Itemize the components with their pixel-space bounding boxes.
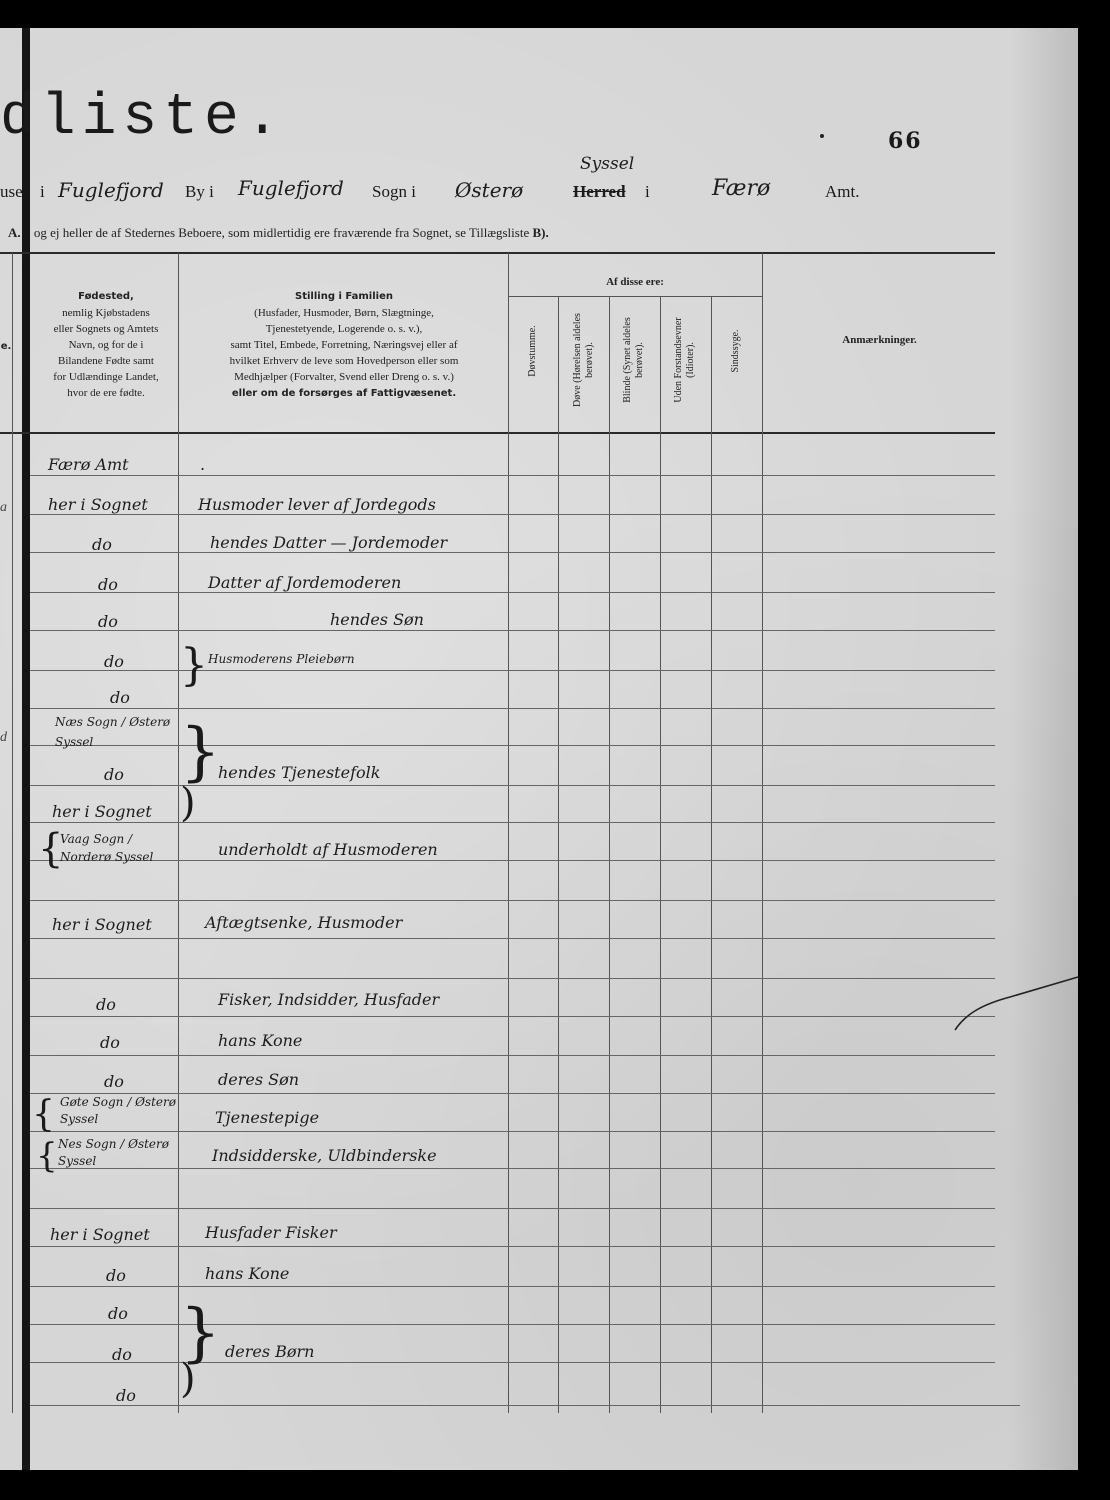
by-handwritten: Fuglefjord: [238, 176, 344, 200]
birthplace-cell: do: [112, 1345, 132, 1364]
col-line-5: [762, 253, 763, 1413]
position-cell: Husmoderens Pleiebørn: [208, 652, 355, 666]
position-cell: Fisker, Indsidder, Husfader: [218, 990, 439, 1009]
birthplace-cell: do: [104, 1072, 124, 1091]
subcol-sindssyge: Sindssyge.: [730, 306, 742, 396]
birthplace-cell: Næs Sogn / Østerø Syssel: [55, 712, 175, 752]
brace-icon: }: [180, 640, 208, 691]
position-cell: deres Søn: [218, 1070, 299, 1089]
birthplace-cell: do: [98, 575, 118, 594]
row-rule: [30, 785, 995, 786]
dot-mark: [820, 134, 824, 138]
position-cell: Datter af Jordemoderen: [208, 573, 401, 592]
subtitle-text: og ej heller de af Stedernes Beboere, so…: [34, 225, 529, 240]
location-i-label: i: [40, 182, 45, 202]
left-col-fragment: e.: [0, 338, 12, 355]
row-rule: [30, 514, 995, 515]
left-edge-fragment: d: [0, 730, 7, 746]
row-rule: [30, 592, 995, 593]
row-rule: [30, 1208, 995, 1209]
row-rule: [30, 1055, 995, 1056]
birthplace-cell: her i Sognet: [52, 915, 152, 934]
left-edge-fragment: a: [0, 500, 7, 516]
birthplace-cell: Gøte Sogn / Østerø Syssel: [60, 1094, 180, 1128]
position-header-title: Stilling i Familien: [295, 291, 393, 302]
position-cell: hendes Søn: [330, 610, 424, 629]
brace-icon: }: [180, 715, 221, 789]
position-cell: Husfader Fisker: [205, 1223, 337, 1242]
position-cell: hans Kone: [205, 1264, 289, 1283]
pen-stroke-mark: [950, 975, 1080, 1035]
sogn-handwritten: Østerø: [455, 178, 523, 202]
brace-icon: ): [180, 1356, 196, 1402]
row-rule: [30, 1324, 995, 1325]
subcol-blinde: Blinde (Synet aldeles berøvet).: [622, 300, 646, 420]
by-label: By i: [185, 182, 214, 202]
birthplace-header: Fødested, nemlig Kjøbstadens eller Sogne…: [34, 288, 178, 401]
af-disse-rule: [508, 296, 763, 297]
position-header: Stilling i Familien (Husfader, Husmoder,…: [184, 288, 504, 402]
subcol-dovstumme: Døvstumme.: [527, 306, 539, 396]
header-top-rule: [0, 252, 995, 254]
position-cell: Husmoder lever af Jordegods: [198, 495, 436, 514]
position-cell: underholdt af Husmoderen: [218, 840, 438, 859]
row-rule: [30, 1362, 995, 1363]
birthplace-cell: do: [104, 765, 124, 784]
col-line-left: [12, 253, 13, 1413]
birthplace-cell: her i Sognet: [52, 802, 152, 821]
birthplace-cell: do: [116, 1386, 136, 1405]
birthplace-cell: do: [96, 995, 116, 1014]
row-rule: [30, 552, 995, 553]
row-rule: [30, 630, 995, 631]
place-handwritten: Fuglefjord: [58, 178, 164, 202]
subtitle: A. og ej heller de af Stedernes Beboere,…: [8, 225, 549, 241]
header-bottom-rule: [0, 432, 995, 434]
birthplace-cell: do: [110, 688, 130, 707]
birthplace-cell: do: [98, 612, 118, 631]
row-rule: [30, 708, 995, 709]
subtitle-prefix: A.: [8, 225, 21, 240]
page-title: dliste.: [0, 90, 286, 148]
amt-handwritten: Færø: [712, 176, 770, 201]
page-number: 66: [888, 128, 923, 154]
birthplace-cell: Nes Sogn / Østerø Syssel: [58, 1136, 178, 1170]
birthplace-cell: Vaag Sogn / Norderø Syssel: [60, 830, 180, 866]
row-rule: [30, 475, 995, 476]
row-rule: [30, 1131, 995, 1132]
row-rule: [30, 1405, 1020, 1406]
remarks-header: Anmærkninger.: [762, 332, 997, 348]
birthplace-cell: do: [106, 1266, 126, 1285]
birthplace-cell: do: [104, 652, 124, 671]
position-cell: Indsidderske, Uldbinderske: [212, 1146, 437, 1165]
row-rule: [30, 1246, 995, 1247]
row-rule: [30, 978, 995, 979]
birthplace-cell: Færø Amt: [48, 455, 129, 474]
brace-icon: {: [36, 1136, 58, 1176]
row-rule: [30, 1286, 995, 1287]
birthplace-cell: do: [92, 535, 112, 554]
sogn-label: Sogn i: [372, 182, 416, 202]
brace-icon: {: [32, 1094, 55, 1135]
position-cell: hendes Tjenestefolk: [218, 763, 380, 782]
row-rule: [30, 670, 995, 671]
af-disse-ere-header: Af disse ere:: [508, 274, 762, 290]
row-rule: [30, 900, 995, 901]
birthplace-cell: her i Sognet: [48, 495, 148, 514]
herred-replacement-handwritten: Syssel: [580, 154, 634, 174]
position-cell: hans Kone: [218, 1031, 302, 1050]
subcol-idioter: Uden Forstandsevner (Idioter).: [673, 300, 697, 420]
position-cell: Aftægtsenke, Husmoder: [205, 913, 402, 932]
subtitle-suffix: B).: [532, 225, 548, 240]
location-prefix-fragment: use: [0, 182, 23, 202]
position-cell: deres Børn: [225, 1342, 314, 1361]
binding-bar: [22, 28, 30, 1470]
page-edge-shadow: [1008, 28, 1078, 1470]
birthplace-header-title: Fødested,: [78, 291, 134, 302]
birthplace-cell: do: [108, 1304, 128, 1323]
row-rule: [30, 938, 995, 939]
subcol-dove: Døve (Hørelsen aldeles berøvet).: [572, 300, 596, 420]
row-rule: [30, 822, 995, 823]
position-cell: Tjenestepige: [215, 1108, 319, 1127]
birthplace-cell: her i Sognet: [50, 1225, 150, 1244]
herred-label-struck: Herred: [573, 182, 626, 202]
position-cell: .: [200, 455, 205, 474]
amt-label: Amt.: [825, 182, 859, 202]
birthplace-cell: do: [100, 1033, 120, 1052]
row-rule: [30, 1016, 995, 1017]
col-line-position: [508, 253, 509, 1413]
herred-i-label: i: [645, 182, 650, 202]
brace-icon: ): [180, 780, 196, 826]
position-cell: hendes Datter — Jordemoder: [210, 533, 447, 552]
